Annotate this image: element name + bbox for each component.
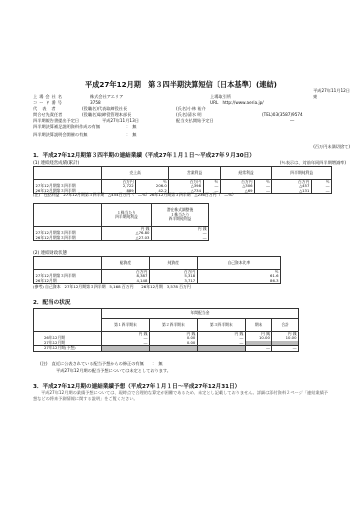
section2-heading: 2．配当の状況	[33, 298, 70, 306]
value-cell: ―	[151, 236, 208, 241]
eps-table: １株当たり 四半期純利益 潜在株式調整後 １株当たり 四半期純利益 27年12月…	[33, 203, 209, 241]
company-url[interactable]: URL http://www.aeria.jp/	[210, 100, 264, 105]
header-ordinary-income: 経常利益	[220, 167, 272, 180]
value-cell: ―	[311, 189, 331, 194]
header-operating-income: 営業利益	[169, 167, 221, 180]
company-code: 3758	[90, 100, 101, 105]
header-sales: 売上高	[102, 167, 169, 180]
dividend-table: 年間配当金 第１四半期末 第２四半期末 第３四半期末 期末 合計 26年12月期…	[33, 308, 299, 352]
header-net-assets: 純資産	[149, 257, 197, 270]
header-q3-end: 第３四半期末	[197, 319, 245, 332]
operating-results-table: 売上高 営業利益 経常利益 四半期純利益 27年12月期第３四半期 百万円2,7…	[33, 166, 332, 194]
header-total: 合計	[272, 319, 299, 332]
briefing-value: ： 無	[126, 132, 136, 137]
label-report-date: 四半期報告書提出予定日	[33, 118, 79, 123]
header-blank	[34, 309, 102, 332]
header-q1-end: 第１四半期末	[102, 319, 150, 332]
dividend-note-1: (注) 直近に公表されている配当予想からの修正の有無 ： 無	[40, 361, 163, 367]
value-cell: 4,148	[102, 279, 150, 284]
value-cell	[102, 346, 150, 351]
report-date: 平成27年11月12日	[313, 88, 350, 93]
row-label: 26年12月期	[34, 279, 102, 284]
value-cell: ―	[255, 189, 272, 194]
header-equity-ratio: 自己資本比率	[197, 257, 280, 270]
value-cell: △27.03	[102, 236, 152, 241]
row-label: 26年12月期第３四半期	[34, 236, 102, 241]
row-label: 27年12月期(予想)	[34, 346, 102, 351]
header-blank	[34, 257, 102, 270]
comprehensive-income-note: (注) 包括利益 27年12月期第３四半期 △454百万円（ ―%）26年12月…	[33, 192, 236, 198]
header-year-end: 期末	[245, 319, 272, 332]
financial-position-table: 総資産 純資産 自己資本比率 27年12月期第３四半期 百万円8,387 百万円…	[33, 256, 281, 284]
units-note: (百万円未満切捨て)	[313, 144, 350, 149]
rep-title: (役職名)代表取締役社長	[82, 106, 127, 111]
dividend-start-value: ―	[290, 118, 294, 123]
table-row: 26年12月期 4,148 3,717 86.3	[34, 279, 281, 284]
header-q2-end: 第２四半期末	[149, 319, 197, 332]
value-cell	[197, 346, 245, 351]
rep-name: (氏名)小林 祐介	[176, 106, 206, 111]
header-total-assets: 総資産	[102, 257, 150, 270]
dividend-note-2: 平成27年12月期の配当予想については未定としております。	[56, 368, 171, 374]
pct-note: (％表示は、対前年同四半期増減率)	[280, 160, 346, 165]
header-diluted-eps: 潜在株式調整後 １株当たり 四半期純利益	[151, 204, 208, 227]
table-row: 27年12月期(予想) ― ―	[34, 346, 299, 351]
table-row: 27年12月期第３四半期 百万円2,722 ％206.0 百万円△398 ％― …	[34, 180, 332, 189]
value-cell: ―	[245, 346, 272, 351]
value-cell	[149, 346, 197, 351]
table-row: 26年12月期第３四半期 △27.03 ―	[34, 236, 209, 241]
company-name: 株式会社アエリア	[90, 94, 123, 99]
header-net-income: 四半期純利益	[272, 167, 332, 180]
contact-tel: (TEL)03(3587)9574	[262, 112, 303, 117]
label-supplement: 四半期決算補足説明資料作成の有無	[33, 124, 100, 129]
label-contact: 問合せ先責任者	[33, 112, 62, 117]
section3-heading: 3．平成27年12月期の連結業績予想（平成27年１月１日～平成27年12月31日…	[33, 382, 240, 390]
label-code: コード番号	[33, 100, 64, 105]
value-cell: 86.3	[197, 279, 280, 284]
label-company: 上場会社名	[33, 94, 64, 99]
section3-body: 平成27年12月期の業績予想については、現時点で合理的な算定が困難であるため、未…	[33, 390, 329, 403]
label-representative: 代表者	[33, 106, 61, 111]
exchange-value: 東	[313, 94, 317, 99]
page-title: 平成27年12月期 第３四半期決算短信〔日本基準〕(連結)	[0, 80, 362, 90]
supplement-value: ： 無	[126, 124, 136, 129]
table-row: 26年12月期 円 銭― 円 銭0.00 円 銭― 円 銭10.00 円 銭10…	[34, 332, 299, 341]
label-briefing: 四半期決算説明会開催の有無	[33, 132, 87, 137]
value-cell: △131	[272, 189, 312, 194]
section1-heading: 1．平成27年12月期第３四半期の連結業績（平成27年１月１日～平成27年９月3…	[33, 151, 255, 159]
header-eps: １株当たり 四半期純利益	[102, 204, 152, 227]
equity-note: (参考) 自己資本 27年12月期第３四半期 5,168 百万円 26年12月期…	[33, 284, 191, 290]
value-cell: ―	[272, 346, 299, 351]
report-submit-date: 平成27年11月13日	[102, 118, 139, 123]
value-cell: 3,717	[149, 279, 197, 284]
contact-name: (氏名)清水 明	[176, 112, 202, 117]
exchange-label: 上場取引所	[210, 94, 231, 99]
header-annual-dividend: 年間配当金	[102, 309, 299, 319]
table-row: 27年12月期第３四半期 百万円8,387 百万円5,318 ％61.6	[34, 270, 281, 279]
header-blank	[34, 204, 102, 227]
contact-title: (役職名)取締役管理本部長	[82, 112, 131, 117]
header-blank	[34, 167, 102, 180]
dividend-start-label: 配当支払開始予定日	[176, 118, 214, 123]
